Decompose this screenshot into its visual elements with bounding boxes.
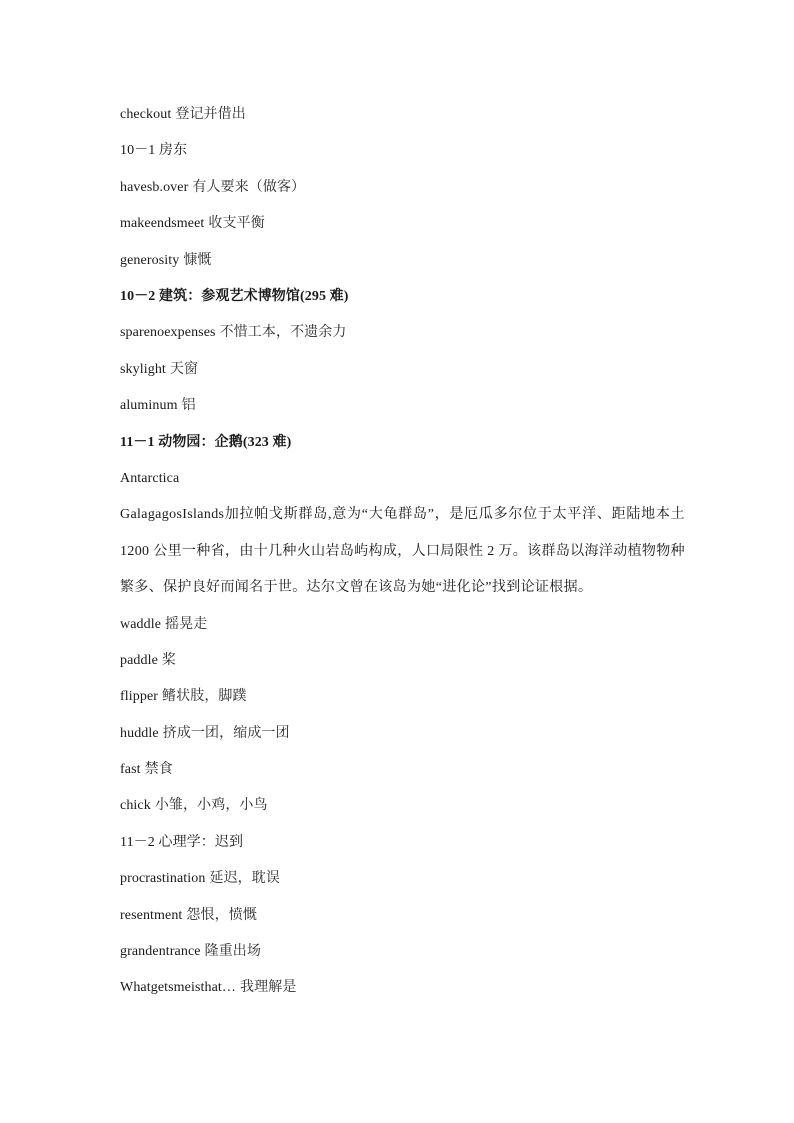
vocab-term: havesb.over [120, 180, 188, 195]
vocab-entry: checkout登记并借出 [120, 104, 690, 140]
vocab-term: flipper [120, 689, 158, 704]
vocab-term: resentment [120, 908, 182, 923]
vocab-term: checkout [120, 107, 171, 122]
vocab-term: huddle [120, 726, 159, 741]
vocab-term: aluminum [120, 398, 178, 413]
vocab-entry: makeendsmeet收支平衡 [120, 213, 690, 249]
vocab-entry: grandentrance隆重出场 [120, 941, 690, 977]
vocab-term: waddle [120, 617, 161, 632]
vocab-entry: sparenoexpenses不惜工本，不遗余力 [120, 322, 690, 358]
vocab-term: makeendsmeet [120, 216, 204, 231]
vocab-definition: 怨恨，愤慨 [186, 908, 257, 923]
vocab-term: generosity [120, 253, 179, 268]
vocab-definition: 延迟，耽误 [209, 871, 280, 886]
vocab-definition: 摇晃走 [165, 617, 207, 632]
vocab-entry: generosity慷慨 [120, 250, 690, 286]
vocab-definition: 小雏，小鸡，小鸟 [155, 798, 268, 813]
vocab-entry: flipper鳍状肢，脚蹼 [120, 686, 690, 722]
vocab-entry: fast禁食 [120, 759, 690, 795]
vocab-entry: aluminum铝 [120, 395, 690, 431]
vocab-term: paddle [120, 653, 158, 668]
vocab-term: chick [120, 798, 151, 813]
vocab-term: sparenoexpenses [120, 325, 216, 340]
section-heading: 10－1 房东 [120, 140, 690, 176]
vocab-definition: 有人要来（做客） [192, 180, 305, 195]
vocab-entry: waddle摇晃走 [120, 614, 690, 650]
vocab-definition: 禁食 [145, 762, 173, 777]
document-page: checkout登记并借出 10－1 房东 havesb.over有人要来（做客… [120, 104, 690, 1014]
vocab-definition: 天窗 [170, 362, 198, 377]
vocab-term: procrastination [120, 871, 205, 886]
vocab-definition: 收支平衡 [208, 216, 264, 231]
vocab-entry: resentment怨恨，愤慨 [120, 905, 690, 941]
vocab-definition: 铝 [182, 398, 196, 413]
vocab-definition: 登记并借出 [175, 107, 246, 122]
vocab-entry: chick小雏，小鸡，小鸟 [120, 795, 690, 831]
section-heading: 10－2 建筑：参观艺术博物馆(295 难) [120, 286, 690, 322]
vocab-term: Whatgetsmeisthat… [120, 980, 236, 995]
vocab-definition: 慷慨 [183, 253, 211, 268]
vocab-definition: 桨 [162, 653, 176, 668]
vocab-term: Antarctica [120, 471, 179, 486]
vocab-paragraph: GalagagosIslands加拉帕戈斯群岛,意为“大龟群岛”，是厄瓜多尔位于… [120, 497, 685, 606]
vocab-definition: 鳍状肢，脚蹼 [162, 689, 247, 704]
vocab-definition: 挤成一团，缩成一团 [163, 726, 290, 741]
vocab-definition: 我理解是 [240, 980, 296, 995]
vocab-term: fast [120, 762, 141, 777]
vocab-entry: huddle挤成一团，缩成一团 [120, 723, 690, 759]
vocab-term: grandentrance [120, 944, 201, 959]
vocab-entry: skylight天窗 [120, 359, 690, 395]
section-heading: 11－1 动物园：企鹅(323 难) [120, 432, 690, 468]
vocab-definition: 不惜工本，不遗余力 [220, 325, 347, 340]
vocab-entry: havesb.over有人要来（做客） [120, 177, 690, 213]
vocab-entry: procrastination延迟，耽误 [120, 868, 690, 904]
vocab-term: skylight [120, 362, 166, 377]
vocab-term: GalagagosIslands [120, 507, 224, 522]
section-heading: 11－2 心理学：迟到 [120, 832, 690, 868]
vocab-entry: Whatgetsmeisthat…我理解是 [120, 977, 690, 1013]
vocab-definition: 隆重出场 [205, 944, 261, 959]
vocab-entry: paddle桨 [120, 650, 690, 686]
